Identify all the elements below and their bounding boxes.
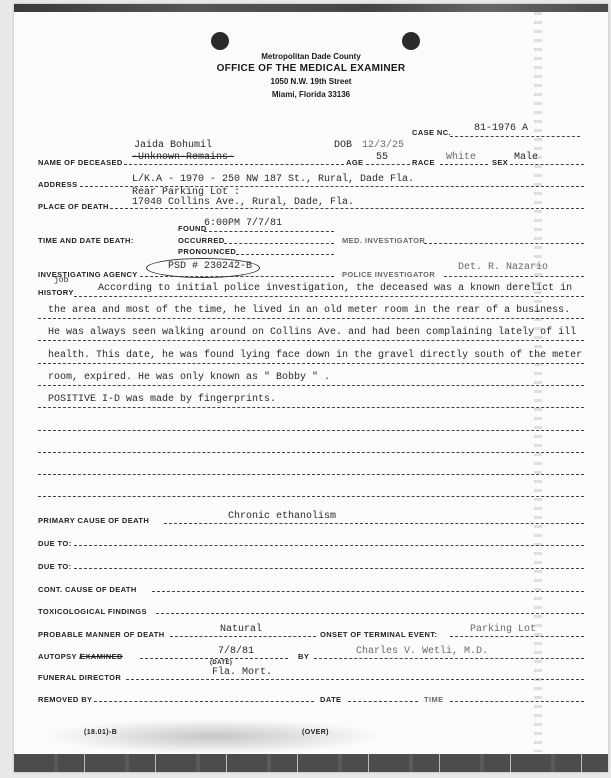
funeral-director-line bbox=[126, 679, 584, 680]
history-line-3: He was always seen walking around on Col… bbox=[48, 327, 576, 338]
race-line bbox=[440, 164, 488, 165]
history-line-6: POSITIVE I-D was made by fingerprints. bbox=[48, 394, 276, 405]
date-line bbox=[348, 701, 418, 702]
history-rule-6 bbox=[38, 407, 584, 408]
place-label: PLACE OF DEATH bbox=[38, 202, 109, 211]
cont-cause-label: CONT. CAUSE OF DEATH bbox=[38, 585, 137, 594]
race-label: RACE bbox=[412, 158, 435, 167]
onset-line bbox=[450, 636, 584, 637]
office-title: OFFICE OF THE MEDICAL EXAMINER bbox=[14, 63, 608, 74]
manner-label: PROBABLE MANNER OF DEATH bbox=[38, 630, 165, 639]
name-struck-value: -Unknown-Remains- bbox=[132, 152, 234, 163]
time-date-label: TIME AND DATE DEATH: bbox=[38, 236, 134, 245]
agency-label: INVESTIGATING AGENCY bbox=[38, 270, 138, 279]
found-label: FOUND bbox=[178, 224, 207, 233]
dob-label: DOB bbox=[334, 140, 352, 151]
autopsy-date-value: 7/8/81 bbox=[218, 646, 254, 657]
history-line-2: the area and most of the time, he lived … bbox=[48, 305, 570, 316]
history-line-4: health. This date, he was found lying fa… bbox=[48, 350, 582, 361]
police-investigator-label: POLICE INVESTIGATOR bbox=[342, 270, 435, 279]
date-label: DATE bbox=[320, 695, 341, 704]
onset-value: Parking Lot bbox=[470, 624, 536, 635]
funeral-director-value: Fla. Mort. bbox=[212, 667, 272, 678]
by-line bbox=[314, 658, 584, 659]
name-line bbox=[124, 164, 344, 165]
address-label: ADDRESS bbox=[38, 180, 77, 189]
sex-line bbox=[510, 164, 584, 165]
due-to-1-label: DUE TO: bbox=[38, 539, 72, 548]
onset-label: ONSET OF TERMINAL EVENT: bbox=[320, 630, 437, 639]
address-value: L/K.A - 1970 - 250 NW 187 St., Rural, Da… bbox=[132, 174, 414, 185]
age-value: 55 bbox=[376, 152, 388, 163]
time-label: TIME bbox=[424, 695, 444, 704]
office-city: Miami, Florida 33136 bbox=[14, 90, 608, 99]
police-investigator-line bbox=[444, 276, 584, 277]
name-label: NAME OF DECEASED bbox=[38, 158, 123, 167]
tox-findings-line bbox=[156, 613, 584, 614]
pronounced-label: PRONOUNCED bbox=[178, 247, 236, 256]
removed-by-line bbox=[94, 701, 314, 702]
primary-cause-line bbox=[164, 523, 584, 524]
dob-value: 12/3/25 bbox=[362, 140, 404, 151]
funeral-director-label: FUNERAL DIRECTOR bbox=[38, 673, 121, 682]
history-rule-9 bbox=[38, 474, 584, 475]
history-rule-10 bbox=[38, 496, 584, 497]
history-rule-2 bbox=[38, 318, 584, 319]
office-street: 1050 N.W. 19th Street bbox=[14, 77, 608, 86]
by-label: BY bbox=[298, 652, 309, 661]
removed-by-label: REMOVED BY bbox=[38, 695, 92, 704]
case-no-label: CASE NC. bbox=[412, 128, 451, 137]
history-rule-4 bbox=[38, 363, 584, 364]
occurred-label: OCCURRED bbox=[178, 236, 225, 245]
date-caption: (DATE) bbox=[210, 660, 232, 666]
police-investigator-value: Det. R. Nazario bbox=[458, 262, 548, 273]
med-investigator-line bbox=[424, 243, 584, 244]
place-line bbox=[110, 208, 584, 209]
due-to-2-line bbox=[74, 568, 584, 569]
place-line2-value: 17040 Collins Ave., Rural, Dade, Fla. bbox=[132, 197, 354, 208]
history-rule-5 bbox=[38, 385, 584, 386]
sex-value: Male bbox=[514, 152, 538, 163]
age-line bbox=[366, 164, 410, 165]
deceased-name: Jaida Bohumil bbox=[134, 140, 212, 151]
cont-cause-line bbox=[152, 591, 584, 592]
scan-noise bbox=[44, 719, 384, 754]
scan-edge-bottom bbox=[14, 754, 608, 772]
age-label: AGE bbox=[346, 158, 363, 167]
job-label: job bbox=[54, 276, 68, 285]
medical-examiner-report: Metropolitan Dade County OFFICE OF THE M… bbox=[14, 4, 608, 772]
by-value: Charles V. Wetli, M.D. bbox=[356, 646, 488, 657]
med-investigator-label: MED. INVESTIGATOR bbox=[342, 236, 425, 245]
history-label: HISTORY bbox=[38, 288, 74, 297]
scan-streak bbox=[534, 12, 542, 752]
history-rule-7 bbox=[38, 430, 584, 431]
punch-hole-right bbox=[402, 32, 420, 50]
autopsy-label: AUTOPSY / bbox=[38, 652, 82, 661]
occurred-line bbox=[224, 243, 334, 244]
found-line bbox=[204, 231, 334, 232]
autopsy-date-line bbox=[140, 658, 288, 659]
sex-label: SEX bbox=[492, 158, 508, 167]
county-name: Metropolitan Dade County bbox=[14, 52, 608, 61]
punch-hole-left bbox=[211, 32, 229, 50]
due-to-1-line bbox=[74, 545, 584, 546]
found-value: 6:00PM 7/7/81 bbox=[204, 218, 282, 229]
case-no-line bbox=[450, 136, 580, 137]
tox-findings-label: TOXICOLOGICAL FINDINGS bbox=[38, 607, 147, 616]
pronounced-line bbox=[236, 254, 334, 255]
history-line-5: room, expired. He was only known as " Bo… bbox=[48, 372, 330, 383]
form-number: (18.01)-B bbox=[84, 729, 117, 736]
time-line bbox=[450, 701, 584, 702]
race-value: White bbox=[446, 152, 476, 163]
primary-cause-value: Chronic ethanolism bbox=[228, 511, 336, 522]
history-line-1: According to initial police investigatio… bbox=[98, 283, 572, 294]
over-label: (OVER) bbox=[302, 729, 329, 736]
primary-cause-label: PRIMARY CAUSE OF DEATH bbox=[38, 516, 149, 525]
manner-line bbox=[170, 636, 316, 637]
autopsy-struck-label: EXAMINED bbox=[80, 652, 123, 661]
case-no-value: 81-1976 A bbox=[474, 123, 528, 134]
manner-value: Natural bbox=[220, 624, 262, 635]
history-rule-3 bbox=[38, 340, 584, 341]
due-to-2-label: DUE TO: bbox=[38, 562, 72, 571]
agency-value: PSD # 230242-B bbox=[168, 261, 252, 272]
history-rule-8 bbox=[38, 452, 584, 453]
history-rule-1 bbox=[74, 296, 584, 297]
scan-edge-top bbox=[14, 4, 608, 12]
